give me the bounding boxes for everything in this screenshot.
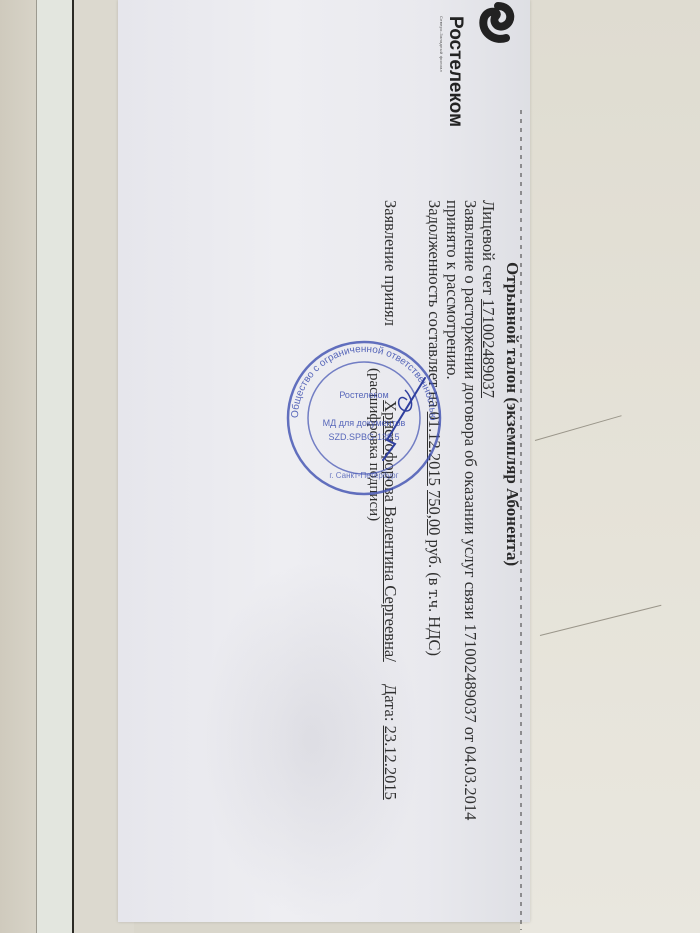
brand-name: Ростелеком [444,16,466,127]
background-surface [0,0,38,933]
document-title: Отрывной талон (экземпляр Абонента) [502,262,522,566]
date-value: 23.12.2015 [381,726,400,800]
date-label: Дата: [381,666,400,721]
account-line: Лицевой счет 171002489037 [478,200,498,398]
receipt-content: Ростелеком Северо-Западный филиал Отрывн… [118,0,530,922]
account-label: Лицевой счет [479,200,498,295]
accepted-slash: / [381,657,400,662]
contract-date: 04.03.2014 [461,746,480,820]
handwritten-signature [375,370,435,490]
frame-edge [36,0,73,933]
rostelecom-logo-icon [478,2,518,44]
termination-line: Заявление о расторжении договора об оказ… [460,200,480,820]
contract-date-prefix: от [461,727,480,742]
accepted-label: Заявление принял [381,200,400,326]
accepted-line: Заявление принял Христофорова Валентина … [380,200,400,800]
brand-tagline: Северо-Западный филиал [439,16,444,72]
termination-label: Заявление о расторжении договора об оказ… [461,200,480,620]
account-number: 171002489037 [479,299,498,398]
contract-number: 171002489037 [461,624,480,723]
background-surface [520,0,700,933]
debt-suffix: руб. (в т.ч. НДС) [425,540,444,656]
review-line: принято к рассмотрению. [442,200,462,380]
